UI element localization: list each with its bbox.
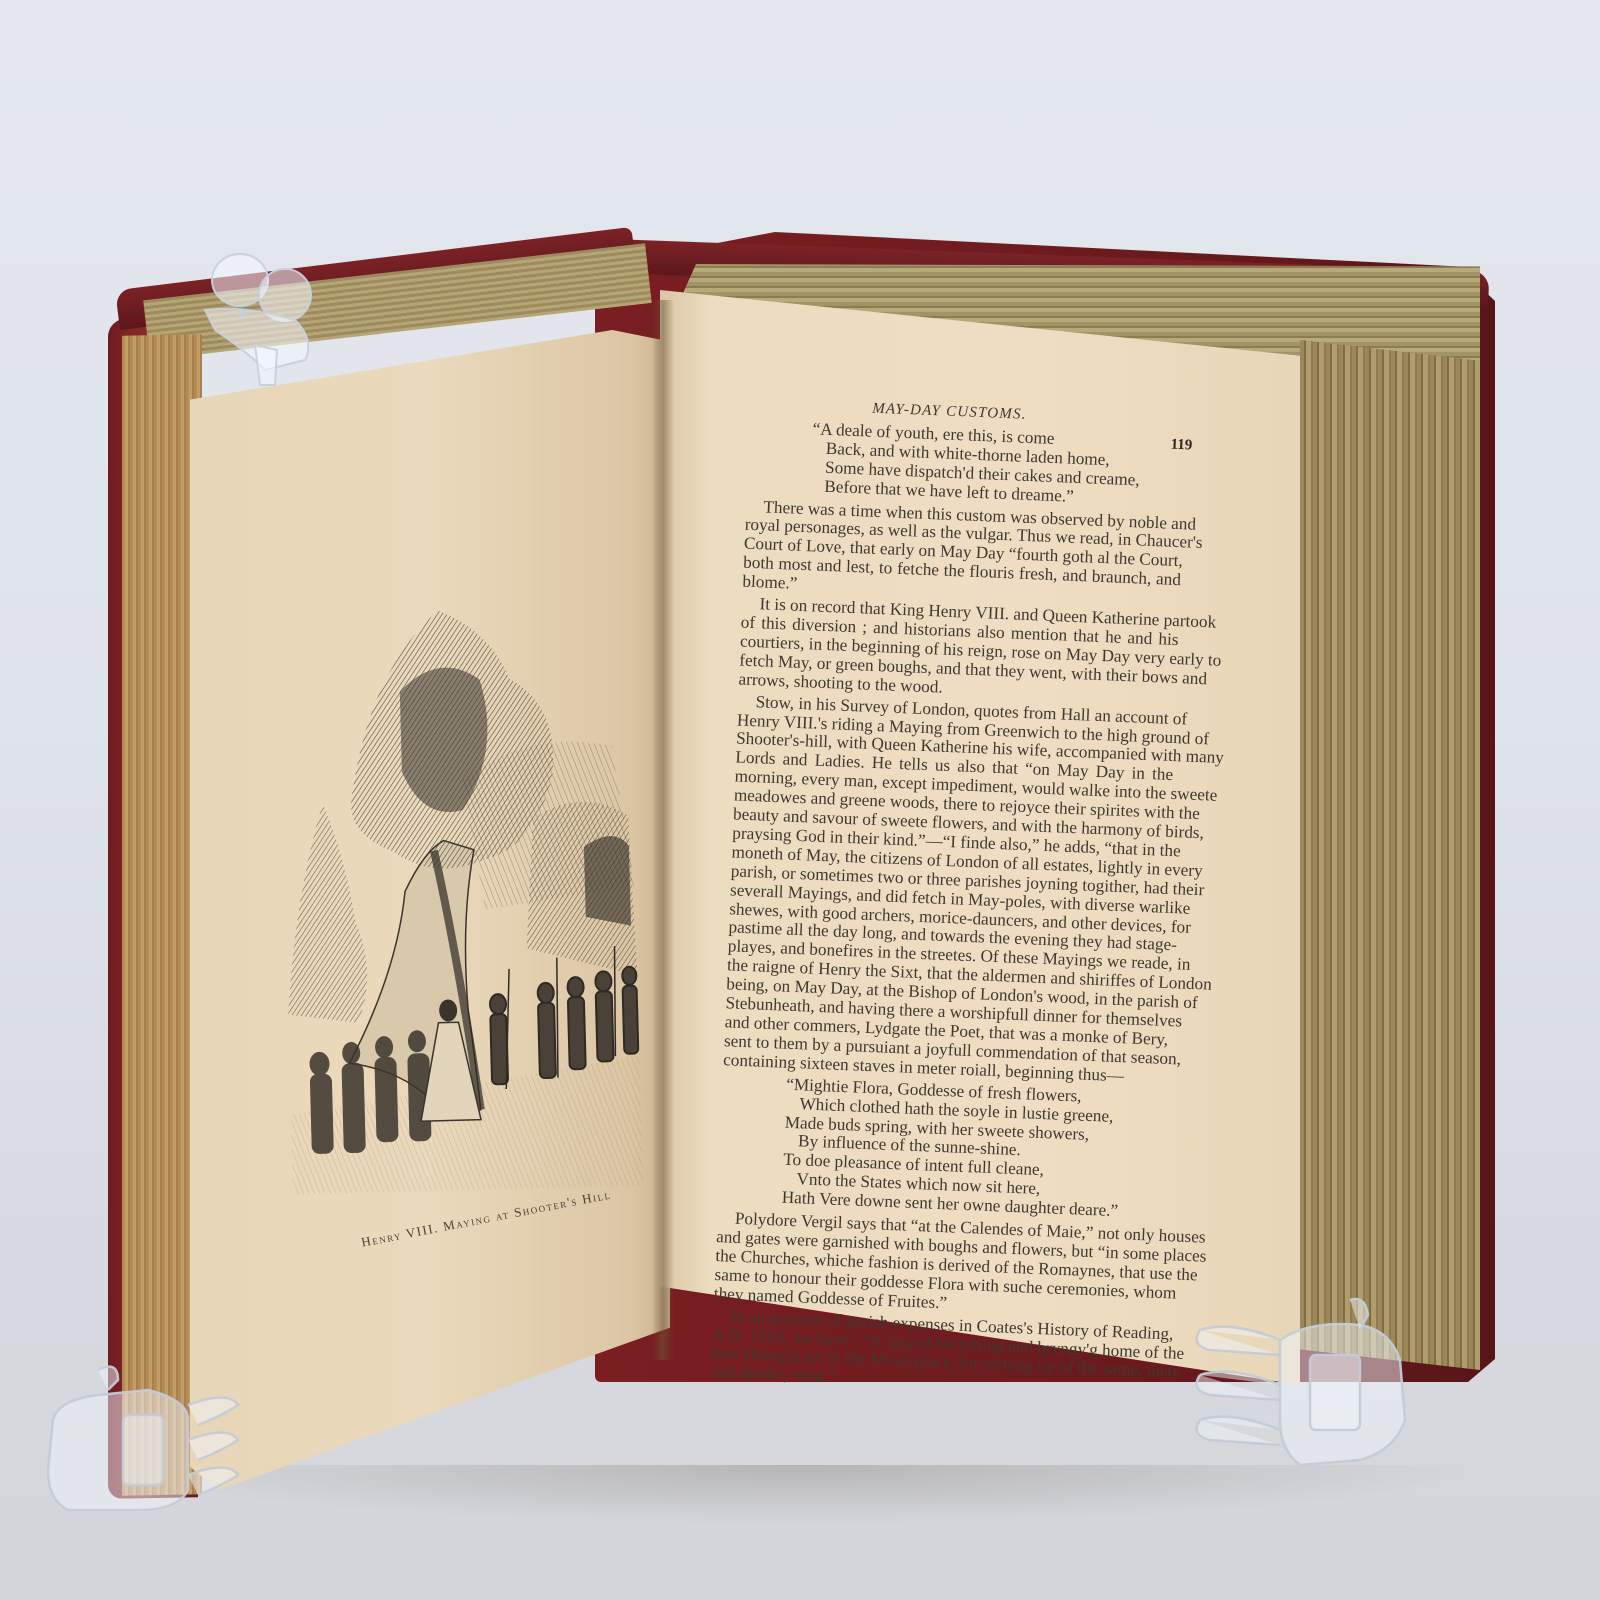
engraving-illustration <box>277 585 653 1194</box>
paragraph-3: Stow, in his Survey of London, quotes fr… <box>705 691 1176 1087</box>
page-clip-top <box>185 250 345 390</box>
gutter-shadow <box>652 300 674 1360</box>
right-page-text: MAY-DAY CUSTOMS. 119 “A deale of youth, … <box>692 394 1187 1403</box>
page-block-fore-edge <box>1300 340 1480 1370</box>
paragraph-5: In an account of parish expenses in Coat… <box>692 1306 1151 1400</box>
paragraph-2: It is on record that King Henry VIII. an… <box>720 594 1179 707</box>
verse-quote-1: “A deale of youth, ere this, is come Bac… <box>728 417 1187 511</box>
clip-icon <box>1190 1300 1420 1470</box>
page-clip-bottom-right <box>1190 1300 1420 1470</box>
clip-icon <box>185 250 345 390</box>
paragraph-1: There was a time when this custom was ob… <box>724 496 1183 609</box>
book-photo: Henry VIII. Maying at Shooter's Hill MAY… <box>0 0 1600 1600</box>
page-number: 119 <box>1170 436 1192 456</box>
page-clip-bottom-left <box>38 1360 253 1520</box>
floor-shadow <box>100 1465 1500 1525</box>
clip-icon <box>38 1360 253 1520</box>
tree-and-procession-icon <box>277 585 653 1194</box>
paragraph-4: Polydore Vergil says that “at the Calend… <box>695 1208 1154 1321</box>
verse-quote-2: “Mightie Flora, Goddesse of fresh flower… <box>699 1072 1160 1223</box>
